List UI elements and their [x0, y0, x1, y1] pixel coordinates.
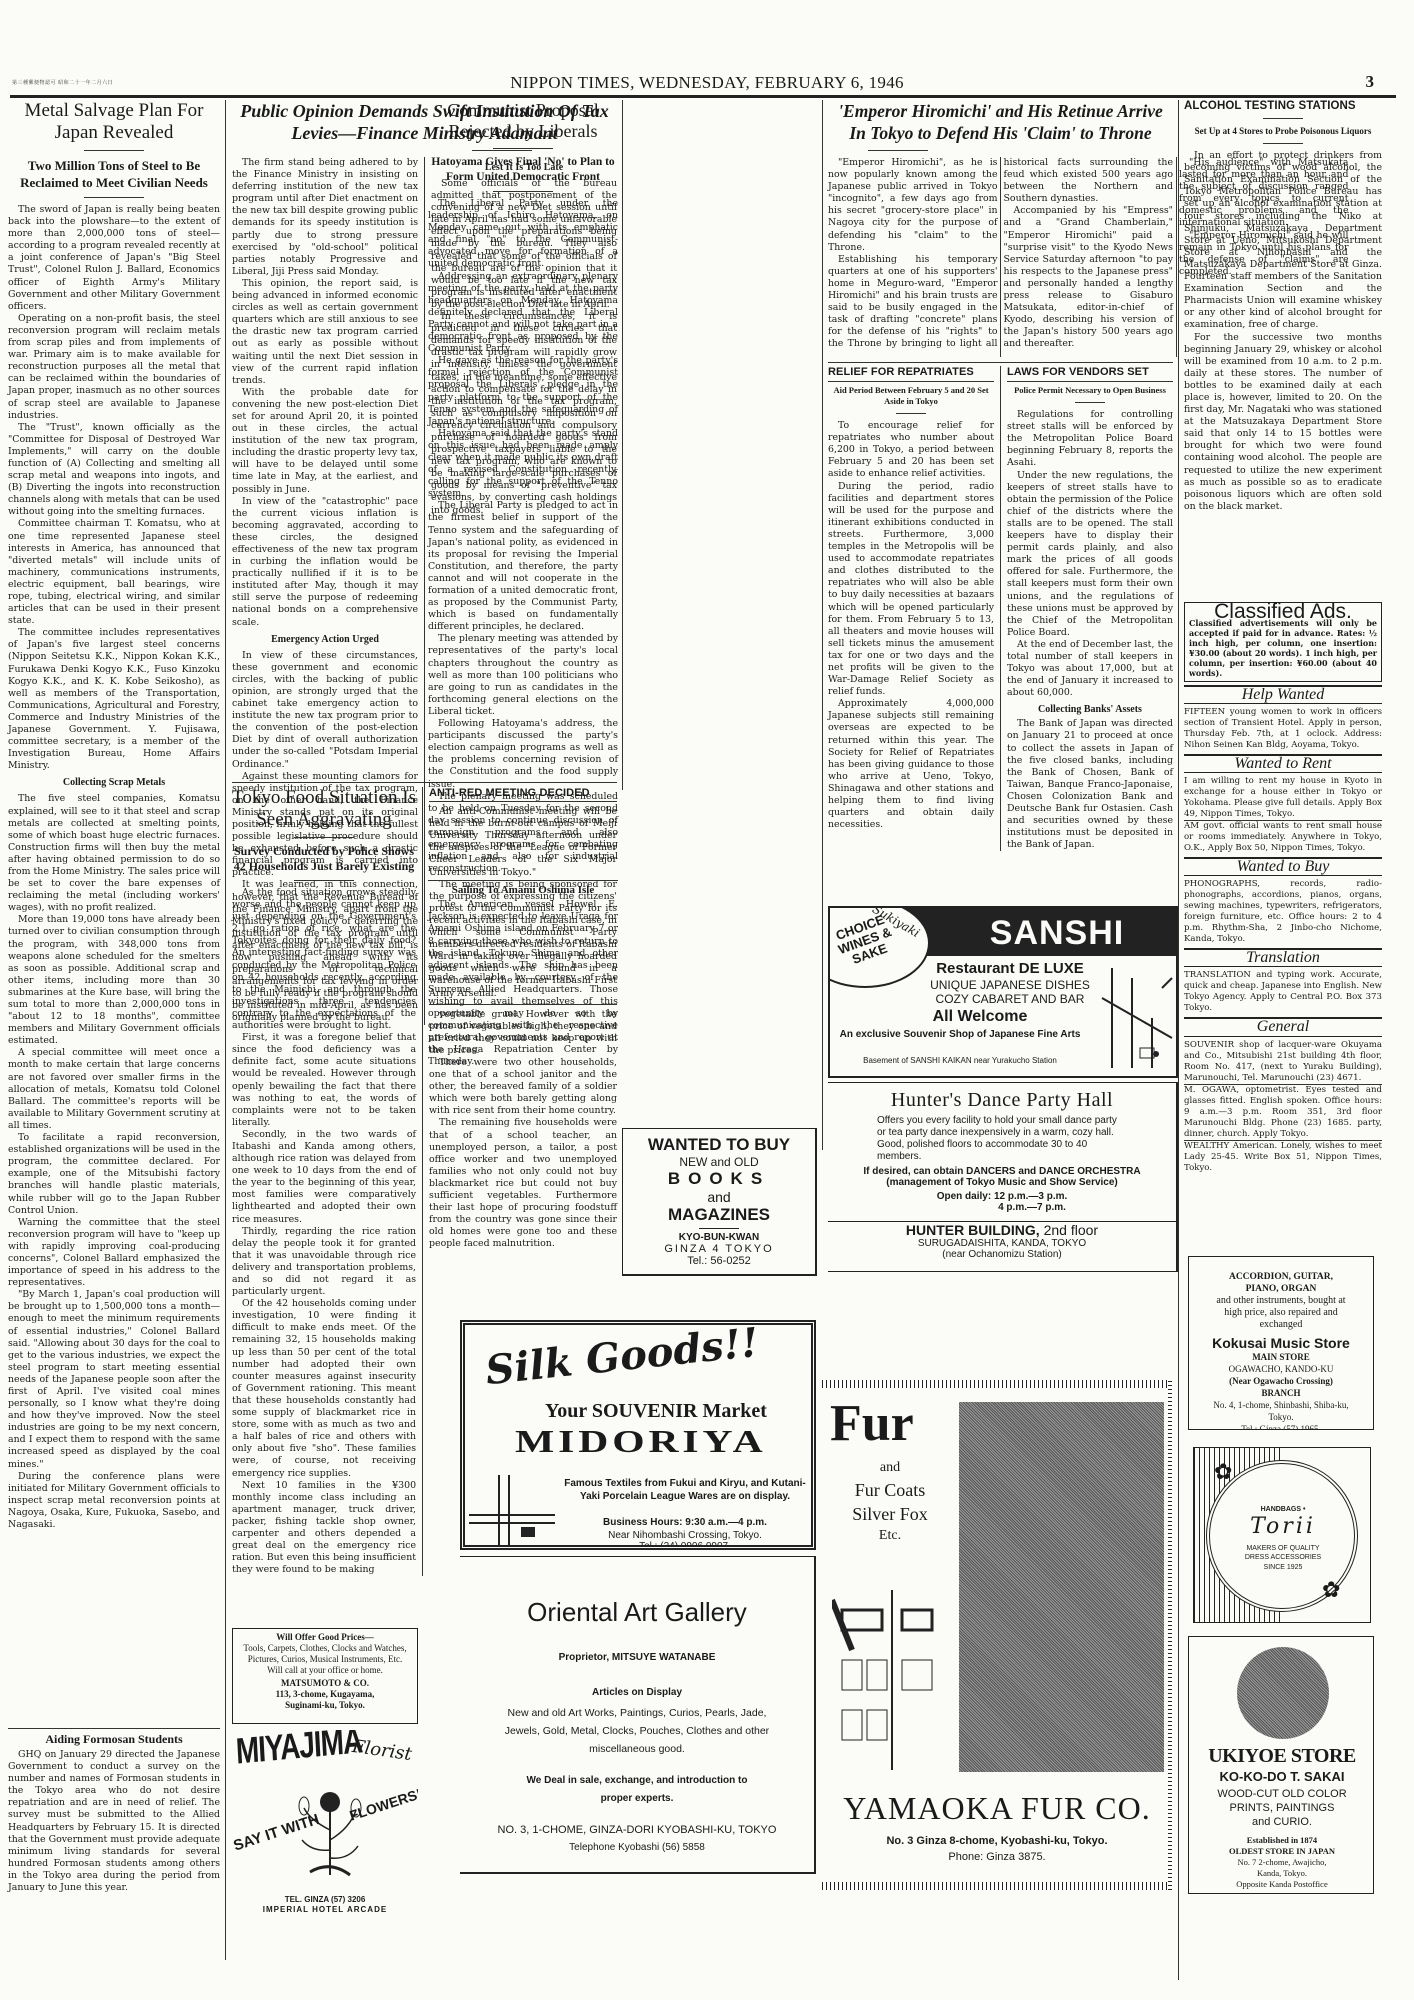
ad-hours: 12 p.m.—3 p.m.: [994, 1191, 1067, 1202]
classified-sections: Help WantedFIFTEEN young women to work i…: [1184, 685, 1382, 1173]
ad-text: UNIQUE JAPANESE DISHES: [910, 978, 1110, 992]
divider: [1075, 402, 1105, 403]
ad-text: Articles on Display: [460, 1687, 814, 1698]
divider: [84, 197, 144, 198]
article-communist-proposal: Communist Proposal Rejected by Liberals …: [428, 100, 618, 1069]
ad-text: PIANO, ORGAN: [1189, 1283, 1373, 1295]
masthead: 第三種郵便物認可 昭和二十一年二月六日 NIPPON TIMES, WEDNES…: [0, 0, 1414, 96]
divider: [1263, 143, 1303, 144]
section-heading: Collecting Scrap Metals: [8, 776, 220, 789]
ad-address: 113, 3-chome, Kugayama,: [237, 1689, 413, 1700]
ad-name: UKIYOE STORE: [1189, 1745, 1374, 1768]
column-divider: [1178, 100, 1179, 1980]
headline: Sailing To Amami Oshima Isle: [428, 884, 618, 897]
ad-hunters-dance-hall: Hunter's Dance Party Hall Offers you eve…: [828, 1082, 1178, 1222]
ad-address: No. 7 2-chome, Awajicho,: [1189, 1857, 1374, 1868]
subheadline: Two Million Tons of Steel to Be Reclaime…: [8, 157, 220, 191]
ad-text: COZY CABARET AND BAR: [910, 992, 1110, 1006]
ad-phone: TEL. GINZA (57) 3206: [232, 1895, 418, 1904]
ad-phone: Tel.: (24) 0906 0907.: [560, 1541, 810, 1550]
divider: [1263, 118, 1303, 119]
ad-address: GINZA 4 TOKYO: [623, 1243, 815, 1255]
ad-text: and: [830, 1460, 950, 1476]
ad-script: Silk Goods!!: [483, 1320, 760, 1394]
ad-name: MIYAJIMA: [235, 1730, 363, 1773]
ad-headline: Fur: [830, 1394, 914, 1453]
ad-proprietor: Proprietor, MITSUYE WATANABE: [460, 1652, 814, 1663]
ad-text: An exclusive Souvenir Shop of Japanese F…: [830, 1028, 1090, 1041]
masthead-rule: [10, 95, 1396, 98]
subheadline: Aid Period Between February 5 and 20 Set…: [828, 385, 994, 407]
paragraph: In an effort to protect drinkers from be…: [1184, 150, 1382, 331]
ad-address: NO. 3, 1-CHOME, GINZA-DORI KYOBASHI-KU, …: [460, 1824, 814, 1836]
paragraph: More than 19,000 tons have already been …: [8, 914, 220, 1047]
ad-address: IMPERIAL HOTEL ARCADE: [232, 1905, 418, 1914]
divider: [294, 837, 354, 838]
paragraph: "Emperor Hiromichi", as he is now popula…: [828, 157, 998, 254]
ad-phone: Telephone Kyobashi (56) 5858: [460, 1842, 814, 1853]
ad-label: BRANCH: [1189, 1387, 1373, 1399]
paragraph: Warning the committee that the steel rec…: [8, 1217, 220, 1290]
ad-address: No. 3 Ginza 8-chome, Kyobashi-ku, Tokyo.: [822, 1835, 1172, 1847]
ad-address: Basement of SANSHI KAIKAN near Yurakucho…: [830, 1056, 1090, 1065]
ad-text: (management of Tokyo Music and Show Serv…: [828, 1177, 1176, 1188]
paragraph: The sword of Japan is really being beate…: [8, 204, 220, 313]
ad-name: MATSUMOTO & CO.: [237, 1678, 413, 1689]
ad-text: PRINTS, PAINTINGS: [1189, 1801, 1374, 1815]
paragraph: This opinion, the report said, is being …: [232, 278, 418, 387]
classified-title: Classified Ads.: [1189, 606, 1377, 618]
ad-text: Tools, Carpets, Clothes, Clocks and Watc…: [237, 1643, 413, 1665]
ad-name: KYO-BUN-KWAN: [623, 1232, 815, 1243]
ad-name: Oriental Art Gallery: [460, 1597, 814, 1628]
divider: [868, 150, 928, 151]
classified-listing: SOUVENIR shop of lacquer-ware Okuyama an…: [1184, 1040, 1382, 1084]
classified-section-title: General: [1184, 1017, 1382, 1036]
paragraph: Regulations for controlling street stall…: [1007, 409, 1173, 469]
column-divider: [822, 100, 823, 1150]
ad-text: Silver Fox: [830, 1504, 950, 1525]
ad-name: YAMAOKA FUR CO.: [822, 1790, 1172, 1827]
paragraph: The "Trust", known officially as the "Co…: [8, 422, 220, 519]
ad-text: WOOD-CUT OLD COLOR: [1189, 1787, 1374, 1801]
paragraph: Following Hatoyama's address, the partic…: [428, 718, 618, 791]
paragraph: Secondly, in the two wards of Itabashi a…: [232, 1129, 416, 1226]
ad-name: Torii: [1194, 1514, 1371, 1539]
ad-address: Kanda, Tokyo.: [1189, 1868, 1374, 1879]
ad-note: (near Ochanomizu Station): [828, 1249, 1176, 1260]
article-vendors: LAWS FOR VENDORS SET Police Permit Neces…: [1007, 366, 1173, 851]
divider: [493, 148, 553, 149]
subheadline: Police Permit Necessary to Open Business: [1007, 385, 1173, 396]
ad-hunters-address: HUNTER BUILDING, 2nd floor SURUGADAISHIT…: [828, 1222, 1178, 1272]
paragraph: A special committee will meet once a mon…: [8, 1047, 220, 1132]
headline: LAWS FOR VENDORS SET: [1007, 366, 1173, 378]
ad-text: MAGAZINES: [623, 1205, 815, 1225]
ad-text: ACCORDION, GUITAR,: [1189, 1271, 1373, 1283]
ad-address: OGAWACHO, KANDO-KU: [1189, 1363, 1373, 1375]
paragraph: As the food situation grows steadily wor…: [232, 887, 416, 1032]
headline: Tokyo Food Situation Is Seen Aggravating: [232, 787, 416, 831]
ukiyoe-portrait: [1237, 1647, 1329, 1739]
headline: RELIEF FOR REPATRIATES: [828, 366, 994, 378]
paragraph: He gave as the reason for the party's fo…: [428, 355, 618, 428]
paragraph: At the end of December last, the total n…: [1007, 639, 1173, 699]
paragraph: Addressing an extraordinary plenary meet…: [428, 271, 618, 356]
ad-building: HUNTER BUILDING,: [906, 1222, 1040, 1238]
ad-text: BOOKS: [623, 1169, 815, 1189]
article-alcohol-testing: ALCOHOL TESTING STATIONS Set Up at 4 Sto…: [1184, 100, 1382, 513]
page-number: 3: [1366, 72, 1375, 92]
ad-text: NEW and OLD: [623, 1155, 815, 1169]
article-formosan-students: Aiding Formosan Students GHQ on January …: [8, 1728, 220, 1894]
paragraph: First, it was a foregone belief that sin…: [232, 1032, 416, 1129]
paragraph: Under the new regulations, the keepers o…: [1007, 470, 1173, 639]
ad-label: MAIN STORE: [1189, 1351, 1373, 1363]
paragraph: In view of the "catastrophic" pace the c…: [232, 496, 418, 629]
classified-listing: TRANSLATION and typing work. Accurate, q…: [1184, 970, 1382, 1014]
ad-phone: Tel.: Ginza (57) 1965.: [1189, 1423, 1373, 1430]
ad-text: and other instruments, bought at high pr…: [1211, 1295, 1351, 1331]
ad-text: Famous Textiles from Fukui and Kiryu, an…: [560, 1477, 810, 1503]
paragraph: The plenary meeting was scheduled to be …: [428, 791, 618, 876]
ad-tagline: Your SOUVENIR Market: [545, 1400, 767, 1423]
paragraph: Of the 42 households coming under invest…: [232, 1298, 416, 1479]
ad-owner: KO-KO-DO T. SAKAI: [1189, 1769, 1374, 1784]
classified-section-title: Help Wanted: [1184, 685, 1382, 704]
headline: 'Emperor Hiromichi' and His Retinue Arri…: [828, 100, 1173, 144]
fur-model-photo: [959, 1402, 1164, 1772]
ad-text: Restaurant DE LUXE: [910, 960, 1110, 977]
paragraph: The five steel companies, Komatsu explai…: [8, 793, 220, 914]
ad-address: Opposite Kanda Postoffice: [1189, 1879, 1374, 1890]
ad-text: Offers you every facility to hold your s…: [877, 1115, 1127, 1163]
headline: ALCOHOL TESTING STATIONS: [1184, 100, 1382, 112]
ad-torii-handbags: ✿ ✿ HANDBAGS • Torii MAKERS OF QUALITY D…: [1193, 1447, 1371, 1623]
map-icon: [469, 1475, 555, 1550]
headline: Collecting Banks' Assets: [1007, 703, 1173, 716]
ad-kokusai-music: ACCORDION, GUITAR, PIANO, ORGAN and othe…: [1188, 1256, 1374, 1430]
ad-midoriya: Silk Goods!! Your SOUVENIR Market MIDORI…: [460, 1320, 816, 1550]
ad-name: Kokusai Music Store: [1189, 1337, 1373, 1349]
article-body: "Emperor Hiromichi", as he is now popula…: [828, 157, 1173, 357]
paragraph: The Liberal Party, under the leadership …: [428, 198, 618, 271]
ad-text: MAKERS OF QUALITY: [1194, 1544, 1371, 1554]
ad-text: and: [623, 1189, 815, 1205]
ad-text: If desired, can obtain DANCERS and DANCE…: [828, 1166, 1176, 1177]
classified-section-title: Wanted to Buy: [1184, 857, 1382, 876]
paragraph: For the successive two months beginning …: [1184, 332, 1382, 513]
paragraph: Next 10 families in the ¥300 monthly inc…: [232, 1480, 416, 1577]
ad-details: Established in 1874 OLDEST STORE IN JAPA…: [1189, 1835, 1374, 1890]
ad-text: We Deal in sale, exchange, and introduct…: [512, 1772, 762, 1808]
subheadline: Survey Conducted by Police Shows 42 Hous…: [232, 844, 416, 874]
paragraph: Thirdly, regarding the rice ration delay…: [232, 1226, 416, 1299]
ad-title: Will Offer Good Prices—: [237, 1632, 413, 1643]
article-body: To encourage relief for repatriates who …: [828, 420, 994, 831]
map-icon: [1092, 958, 1178, 1076]
paragraph: The firm stand being adhered to by the F…: [232, 157, 418, 278]
subheadline: Hatoyama Gives Final 'No' to Plan to For…: [428, 155, 618, 185]
ad-oriental-art-gallery: Oriental Art Gallery Proprietor, MITSUYE…: [460, 1556, 816, 1874]
article-body: Regulations for controlling street stall…: [1007, 409, 1173, 699]
paragraph: The remaining five households were that …: [429, 1117, 617, 1250]
ad-text: SINCE 1925: [1194, 1564, 1371, 1571]
paragraph: During the conference plans were initiat…: [8, 1471, 220, 1531]
ad-yamaoka-fur: Fur and Fur Coats Silver Fox Etc. YAMAOK…: [822, 1380, 1178, 1890]
classified-header-box: Classified Ads. Classified advertisement…: [1184, 602, 1382, 682]
divider: [896, 413, 926, 414]
ad-headline: WANTED TO BUY: [623, 1135, 815, 1155]
paragraph: With the probable date for convening the…: [232, 387, 418, 496]
section-repatriates-vendors: RELIEF FOR REPATRIATES Aid Period Betwee…: [828, 362, 1173, 851]
ad-hours: 4 p.m.—7 p.m.: [828, 1202, 1176, 1213]
ad-sanshi-grill: CHOICE WINES & SAKE Sukiyaki SANSHI GRIL…: [828, 906, 1178, 1078]
ad-text: HANDBAGS •: [1194, 1506, 1371, 1513]
flower-icon: ✿: [1322, 1578, 1340, 1603]
paragraph: To encourage relief for repatriates who …: [828, 420, 994, 480]
headline: Communist Proposal Rejected by Liberals: [428, 100, 618, 142]
paragraph: Approximately 4,000,000 Japanese subject…: [828, 698, 994, 831]
classified-rates: Classified advertisements will only be a…: [1189, 618, 1377, 678]
ad-miyajima-florist: MIYAJIMA Florist SAY IT WITH FLOWERS! TE…: [232, 1730, 418, 1915]
classified-listing: I am willing to rent my house in Kyoto i…: [1184, 776, 1382, 820]
paragraph: Committee chairman T. Komatsu, who at on…: [8, 518, 220, 627]
ad-text: Etc.: [830, 1528, 950, 1544]
article-body: As the food situation grows steadily wor…: [232, 887, 416, 1576]
article-metal-salvage: Metal Salvage Plan For Japan Revealed Tw…: [8, 100, 220, 1531]
paragraph: The Liberal Party is pledged to act in t…: [428, 500, 618, 633]
ad-name: Hunter's Dance Party Hall: [828, 1089, 1176, 1112]
classified-ads: Classified Ads. Classified advertisement…: [1184, 602, 1382, 1174]
ad-established: Established in 1874: [1189, 1835, 1374, 1846]
article-body: The Bank of Japan was directed on Januar…: [1007, 718, 1173, 851]
ad-text: and CURIO.: [1189, 1815, 1374, 1829]
paragraph: To facilitate a rapid reconversion, esta…: [8, 1132, 220, 1217]
ad-text: DRESS ACCESSORIES: [1194, 1554, 1371, 1561]
paragraph: Hatoyama said that the party's stand on …: [428, 428, 618, 501]
headline: Aiding Formosan Students: [8, 1728, 220, 1746]
ad-text-block: WOOD-CUT OLD COLOR PRINTS, PAINTINGS and…: [1189, 1787, 1374, 1829]
paragraph: "By March 1, Japan's coal production wil…: [8, 1289, 220, 1470]
ad-address: Near Nihombashi Crossing, Tokyo.: [560, 1530, 810, 1541]
ad-address: Suginami-ku, Tokyo.: [237, 1700, 413, 1711]
ad-text: Will call at your office or home.: [237, 1665, 413, 1676]
column-divider: [622, 100, 623, 790]
subheadline: Set Up at 4 Stores to Probe Poisonous Li…: [1184, 125, 1382, 137]
ad-address: No. 4, 1-chome, Shinbashi, Shiba-ku, Tok…: [1206, 1399, 1356, 1423]
paragraph: Operating on a non-profit basis, the ste…: [8, 313, 220, 422]
ad-text: All Welcome: [870, 1008, 1090, 1026]
article-body: The sword of Japan is really being beate…: [8, 204, 220, 772]
paragraph: During the period, radio facilities and …: [828, 481, 994, 699]
paragraph: Accompanied by his "Empress" and a "Gran…: [1004, 205, 1174, 350]
section-heading: Emergency Action Urged: [232, 633, 418, 646]
headline: Metal Salvage Plan For Japan Revealed: [8, 100, 220, 144]
ad-floor: 2nd floor: [1044, 1222, 1098, 1238]
article-body: GHQ on January 29 directed the Japanese …: [8, 1749, 220, 1894]
ad-phone: Tel.: 56-0252: [623, 1255, 815, 1267]
classified-section-title: Translation: [1184, 948, 1382, 967]
classified-listing: AM govt. official wants to rent small ho…: [1184, 820, 1382, 854]
map-icon: [832, 1580, 952, 1780]
classified-listing: FIFTEEN young women to work in officers …: [1184, 707, 1382, 751]
article-emperor-hiromichi: 'Emperor Hiromichi' and His Retinue Arri…: [828, 100, 1173, 357]
article-column: Tokyo Food Situation Is Seen Aggravating…: [232, 787, 416, 1576]
divider: [493, 191, 553, 192]
divider: [294, 880, 354, 881]
ad-text: Fur Coats: [830, 1480, 950, 1501]
ad-label: Open daily:: [937, 1191, 991, 1202]
paragraph: The committee includes representatives o…: [8, 627, 220, 772]
ad-text: OLDEST STORE IN JAPAN: [1189, 1846, 1374, 1857]
paragraph: In view of these circumstances, these go…: [232, 650, 418, 771]
divider: [84, 150, 144, 151]
ad-name: MIDORIYA: [515, 1423, 767, 1460]
classified-listing: WEALTHY American. Lonely, wishes to meet…: [1184, 1140, 1382, 1174]
newspaper-title: NIPPON TIMES, WEDNESDAY, FEBRUARY 6, 194…: [0, 73, 1414, 93]
ad-hours: Business Hours: 9:30 a.m.—4 p.m.: [560, 1517, 810, 1528]
ad-address: SURUGADAISHITA, KANDA, TOKYO: [828, 1238, 1176, 1249]
ad-matsumoto: Will Offer Good Prices— Tools, Carpets, …: [232, 1628, 418, 1724]
ad-ukiyoe-store: UKIYOE STORE KO-KO-DO T. SAKAI WOOD-CUT …: [1188, 1636, 1374, 1894]
ad-kyobunkwan-books: WANTED TO BUY NEW and OLD BOOKS and MAGA…: [622, 1128, 817, 1276]
paragraph: The plenary meeting was attended by repr…: [428, 633, 618, 718]
column-divider: [225, 100, 226, 1960]
classified-listing: PHONOGRAPHS, records, radio-phonographs,…: [1184, 879, 1382, 945]
classified-listing: M. OGAWA, optometrist. Eyes tested and g…: [1184, 1084, 1382, 1140]
article-body: The American vessel Howel E. Jackson is …: [428, 899, 618, 1068]
article-body: In an effort to protect drinkers from be…: [1184, 150, 1382, 513]
classified-section-title: Wanted to Rent: [1184, 754, 1382, 773]
article-body: The Liberal Party, under the leadership …: [428, 198, 618, 875]
flower-icon: ✿: [1214, 1460, 1232, 1485]
ad-text: New and old Art Works, Paintings, Curios…: [492, 1704, 782, 1758]
article-body: The five steel companies, Komatsu explai…: [8, 793, 220, 1531]
ad-note: (Near Ogawacho Crossing): [1189, 1375, 1373, 1387]
ad-phone: Phone: Ginza 3875.: [822, 1851, 1172, 1863]
article-repatriates: RELIEF FOR REPATRIATES Aid Period Betwee…: [828, 366, 994, 851]
